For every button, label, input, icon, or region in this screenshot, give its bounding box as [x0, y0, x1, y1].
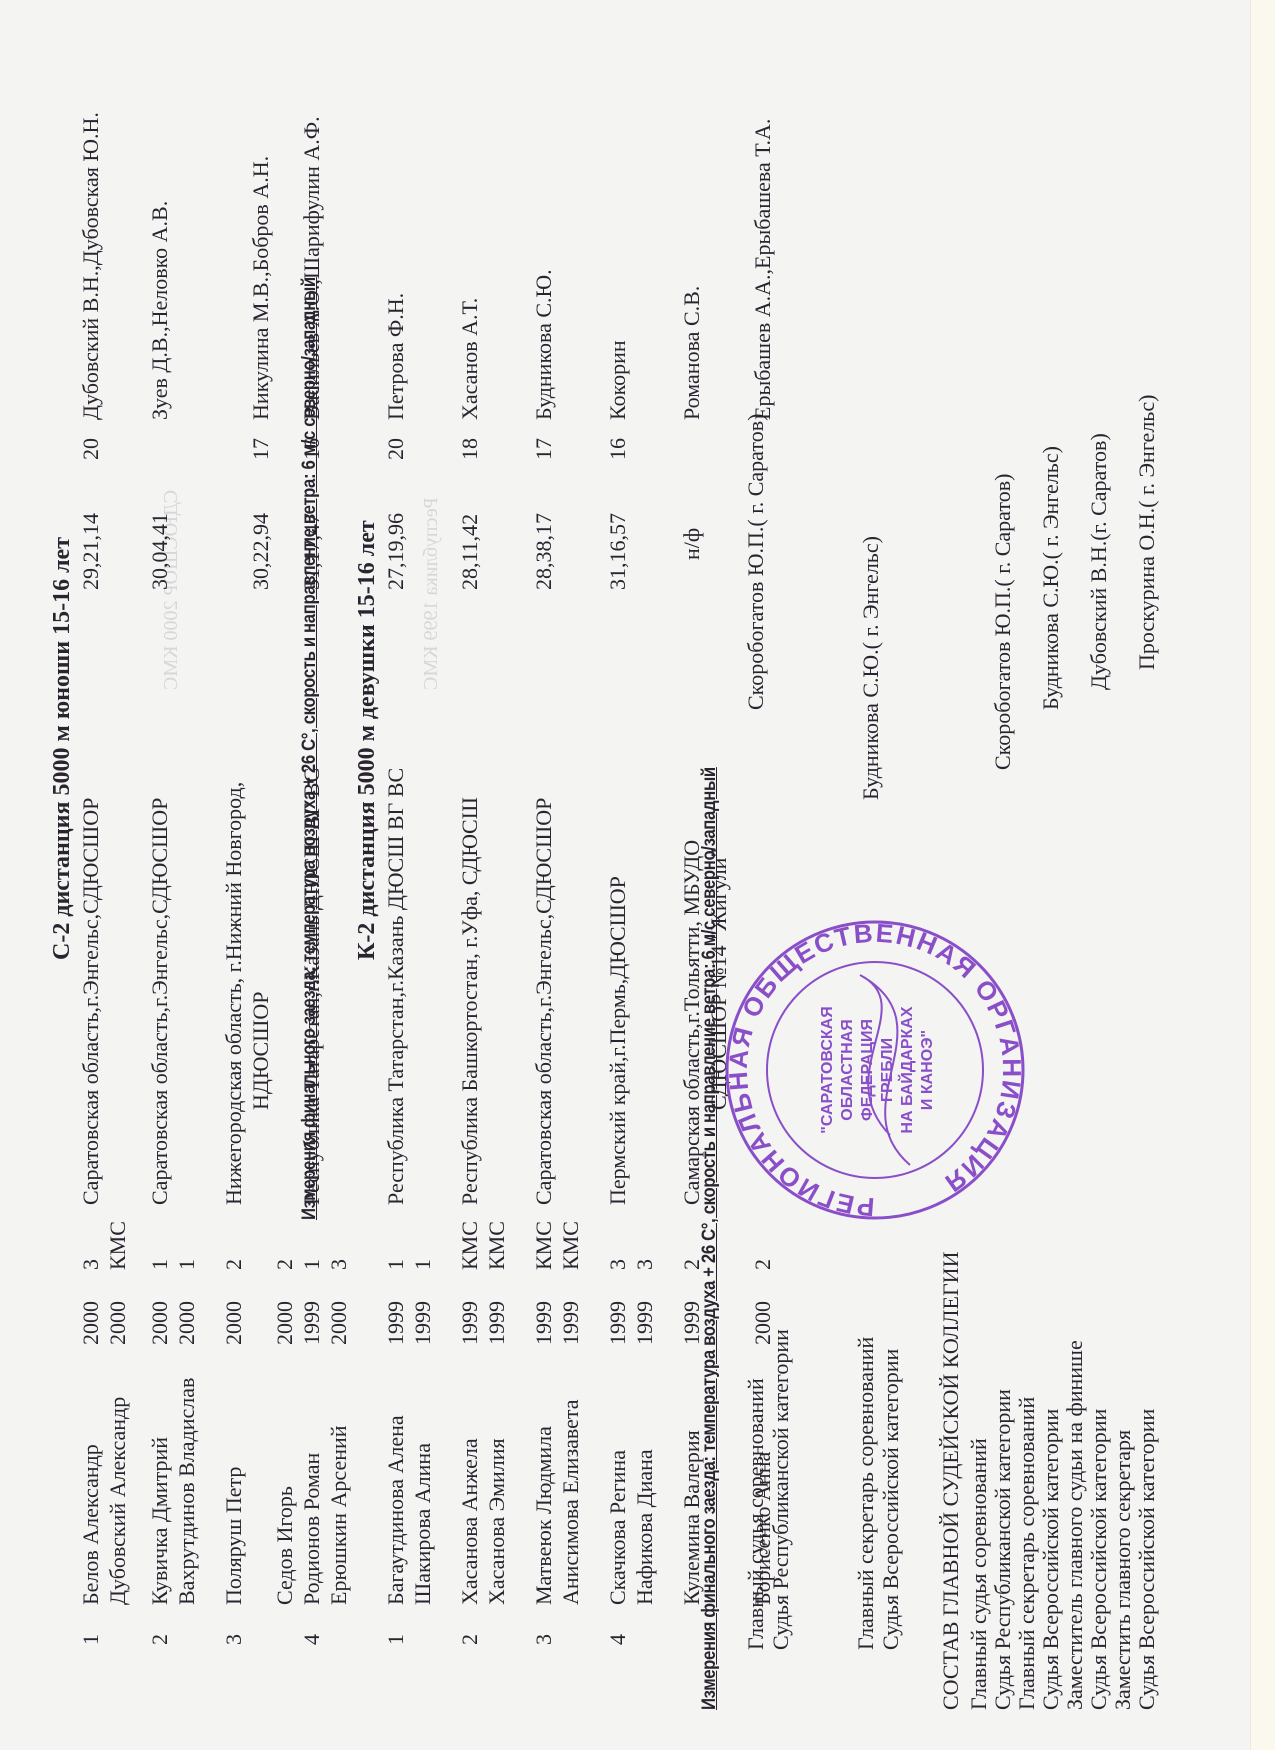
section-c2-measurement: Измерения финального заезда: температура… [300, 277, 319, 1220]
sport-rank: КМС [459, 1221, 481, 1270]
points-cell: 16 [607, 438, 629, 460]
panel-role: Заместить главного секретаря [1112, 1430, 1134, 1710]
points-cell: 18 [459, 438, 481, 460]
chief-secretary-category: Судья Всероссийской категории [880, 1349, 902, 1650]
time-cell: 28,11,42 [459, 514, 481, 590]
panel-role: Судья Всероссийской категории [1136, 1409, 1158, 1710]
athlete-name: Родионов Роман [301, 1453, 323, 1605]
svg-text:И КАНОЭ": И КАНОЭ" [919, 1030, 936, 1110]
svg-text:ОБЛАСТНАЯ: ОБЛАСТНАЯ [839, 1019, 856, 1120]
team-cell: Саратовская область,г.Энгельс,СДЮСШОР [533, 798, 555, 1205]
athlete-name: Поляруш Петр [223, 1467, 245, 1605]
athlete-name: Дубовский Александр [107, 1397, 129, 1605]
athlete-name: Ерюшкин Арсений [328, 1425, 350, 1605]
athlete-name: Вахрутдинов Владислав [176, 1378, 198, 1605]
svg-text:НА БАЙДАРКАХ: НА БАЙДАРКАХ [897, 1006, 916, 1133]
team-cell-cont: НДЮСШОР [250, 992, 272, 1111]
team-cell: Саратовская область,г.Энгельс,СДЮСШОР [149, 798, 171, 1205]
sport-rank: 1 [385, 1259, 407, 1270]
time-cell: 28,38,17 [533, 513, 555, 590]
birth-year: 1999 [634, 1301, 656, 1345]
points-cell: 17 [533, 438, 555, 460]
team-cell: Саратовская область,г.Энгельс,СДЮСШОР [80, 798, 102, 1205]
athlete-name: Анисимова Елизавета [560, 1399, 582, 1605]
athlete-name: Скачкова Регина [607, 1450, 629, 1605]
sport-rank: КМС [107, 1221, 129, 1270]
team-cell: Республика Татарстан,г.Казань ДЮСШ ВГ ВС [385, 768, 407, 1205]
panel-role: Главный судья соревнований [968, 1438, 990, 1710]
birth-year: 1999 [412, 1301, 434, 1345]
coach-cell: Зуев Д.В.,Неловко А.В. [149, 201, 171, 420]
panel-name: Скоробогатов Ю.П.( г. Саратов) [992, 474, 1014, 770]
place-cell: 2 [149, 1634, 171, 1645]
coach-cell: Хасанов А.Т. [459, 298, 481, 420]
team-cell: Нижегородская область, г.Нижний Новгород… [223, 782, 245, 1205]
birth-year: 1999 [486, 1301, 508, 1345]
sport-rank: 2 [752, 1259, 774, 1270]
athlete-name: Шакирова Алина [412, 1443, 434, 1605]
sport-rank: 1 [301, 1259, 323, 1270]
sport-rank: 3 [634, 1259, 656, 1270]
sport-rank: 1 [412, 1259, 434, 1270]
athlete-name: Багаутдинова Алена [385, 1415, 407, 1605]
coach-cell: Никулина М.В.,Бобров А.Н. [250, 156, 272, 420]
show-through-text: Республика 1999 КМС [420, 497, 443, 690]
athlete-name: Хасанова Анжела [459, 1438, 481, 1605]
sport-rank: 3 [328, 1259, 350, 1270]
chief-judge-label: Главный судья соревнований [745, 1378, 767, 1650]
sport-rank: 3 [80, 1259, 102, 1270]
panel-name: Дубовский В.Н.(г. Саратов) [1088, 433, 1110, 690]
birth-year: 2000 [149, 1301, 171, 1345]
time-cell: н/ф [681, 528, 703, 560]
points-cell: 20 [80, 438, 102, 460]
team-cell: Пермский край,г.Пермь,ДЮСШОР [607, 876, 629, 1205]
coach-cell: Дубовский В.Н.,Дубовская Ю.Н. [80, 112, 102, 420]
team-cell: Республика Башкортостан, г.Уфа, СДЮСШ [459, 797, 481, 1205]
place-cell: 1 [385, 1634, 407, 1645]
svg-text:"САРАТОВСКАЯ: "САРАТОВСКАЯ [819, 1006, 836, 1133]
birth-year: 1999 [459, 1301, 481, 1345]
sport-rank: 1 [176, 1259, 198, 1270]
birth-year: 2000 [274, 1301, 296, 1345]
time-cell: 30,04,41 [149, 513, 171, 590]
panel-name: Проскурина О.Н.( г. Энгельс) [1136, 395, 1158, 670]
birth-year: 1999 [301, 1301, 323, 1345]
place-cell: 4 [607, 1634, 629, 1645]
panel-role: Судья Всероссийской категории [1040, 1409, 1062, 1710]
chief-judge-name: Скоробогатов Ю.П.( г. Саратов) [745, 414, 767, 710]
panel-role: Судья Республиканской категории [992, 1389, 1014, 1710]
section-c2-title: С-2 дистанция 5000 м юноши 15-16 лет [50, 537, 74, 960]
svg-text:ФЕДЕРАЦИЯ: ФЕДЕРАЦИЯ [859, 1019, 876, 1121]
points-cell: 20 [385, 438, 407, 460]
place-cell: 4 [301, 1634, 323, 1645]
panel-role: Судья Всероссийской категории [1088, 1409, 1110, 1710]
birth-year: 1999 [607, 1301, 629, 1345]
birth-year: 2000 [107, 1301, 129, 1345]
athlete-name: Хасанова Эмилия [486, 1438, 508, 1605]
sport-rank: 1 [149, 1259, 171, 1270]
birth-year: 1999 [385, 1301, 407, 1345]
coach-cell: Кокорин [607, 340, 629, 420]
athlete-name: Белов Александр [80, 1444, 102, 1605]
birth-year: 1999 [560, 1301, 582, 1345]
sport-rank: 2 [274, 1259, 296, 1270]
sport-rank: КМС [486, 1221, 508, 1270]
coach-cell: Ерыбашев А.А.,Ерыбашева Т.А. [752, 119, 774, 420]
coach-cell: Будникова С.Ю. [533, 269, 555, 420]
section-k2-measurement: Измерения финального заезда: температура… [700, 767, 719, 1710]
birth-year: 2000 [80, 1301, 102, 1345]
sport-rank: 3 [607, 1259, 629, 1270]
sport-rank: КМС [533, 1221, 555, 1270]
sport-rank: КМС [560, 1221, 582, 1270]
time-cell: 29,21,14 [80, 513, 102, 590]
chief-secretary-name: Будникова С.Ю.( г. Энгельс) [860, 536, 882, 800]
panel-role: Главный секретарь соревнований [1016, 1397, 1038, 1710]
panel-role: Заместитель главного судьи на финише [1064, 1340, 1086, 1710]
sport-rank: 2 [223, 1259, 245, 1270]
document-page: СДЮСШОР 2000 КМС Республика 1999 КМС С-2… [0, 0, 1275, 1750]
place-cell: 2 [459, 1634, 481, 1645]
place-cell: 3 [533, 1634, 555, 1645]
athlete-name: Кувичка Дмитрий [149, 1437, 171, 1605]
coach-cell: Петрова Ф.Н. [385, 293, 407, 420]
birth-year: 1999 [533, 1301, 555, 1345]
place-cell: 3 [223, 1634, 245, 1645]
chief-judge-category: Судья Республиканской категории [770, 1329, 792, 1650]
coach-cell: Романова С.В. [681, 286, 703, 420]
time-cell: 27,19,96 [385, 513, 407, 590]
panel-name: Будникова С.Ю.( г. Энгельс) [1040, 446, 1062, 710]
birth-year: 2000 [176, 1301, 198, 1345]
panel-title: СОСТАВ ГЛАВНОЙ СУДЕЙСКОЙ КОЛЛЕГИИ [940, 1252, 962, 1710]
time-cell: 31,16,57 [607, 513, 629, 590]
section-k2-title: К-2 дистанция 5000 м девушки 15-16 лет [355, 520, 379, 960]
points-cell: 17 [250, 438, 272, 460]
place-cell: 1 [80, 1634, 102, 1645]
organization-stamp-icon: РЕГИОНАЛЬНАЯ ОБЩЕСТВЕННАЯ ОРГАНИЗАЦИЯ "С… [720, 915, 1030, 1225]
athlete-name: Нафикова Диана [634, 1449, 656, 1605]
birth-year: 2000 [223, 1301, 245, 1345]
time-cell: 30,22,94 [250, 513, 272, 590]
athlete-name: Седов Игорь [274, 1486, 296, 1605]
athlete-name: Матвеюк Людмила [533, 1426, 555, 1605]
birth-year: 2000 [328, 1301, 350, 1345]
chief-secretary-label: Главный секретарь соревнований [855, 1337, 877, 1650]
